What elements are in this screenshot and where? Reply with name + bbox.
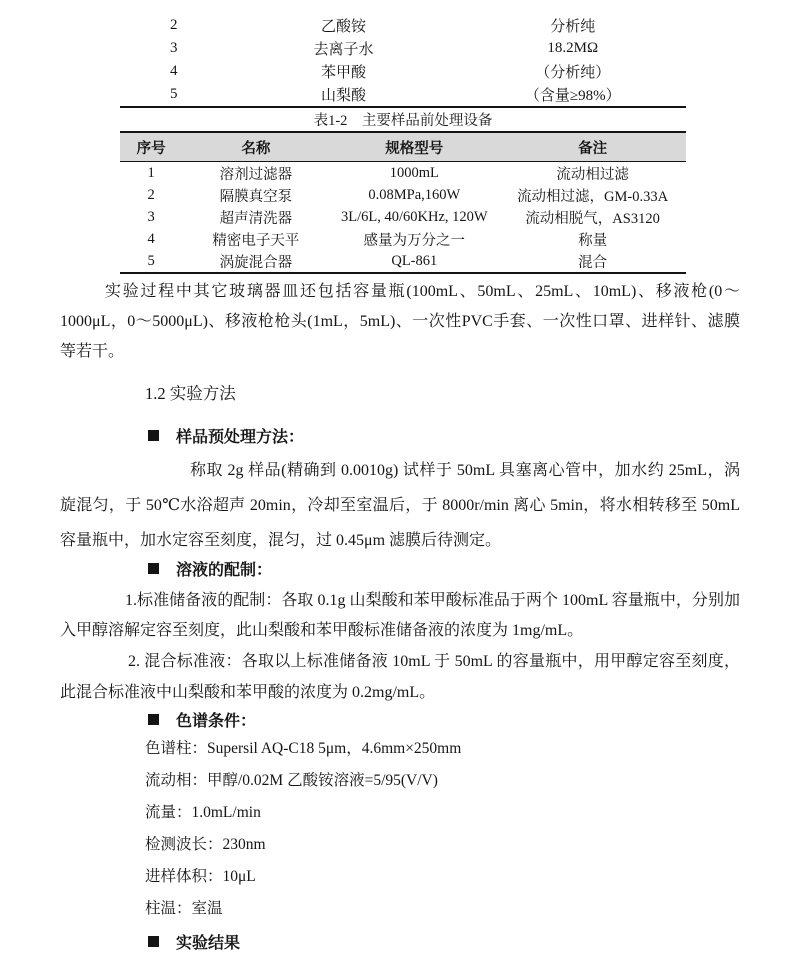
paragraph-standard-mix: 2. 混合标准液：各取以上标准储备液 10mL 于 50mL 的容量瓶中，用甲醇…	[60, 646, 740, 708]
table-cell: 山梨酸	[228, 84, 460, 105]
table-cell: 5	[120, 253, 182, 270]
table-cell: 流动相过滤，GM-0.33A	[499, 185, 686, 206]
condition-column-temp: 柱温：室温	[145, 899, 740, 919]
section-heading-method: 1.2 实验方法	[145, 384, 740, 404]
table-cell: 乙酸铵	[228, 15, 460, 36]
table-row: 5 山梨酸 （含量≥98%）	[120, 83, 686, 106]
condition-injection-volume: 进样体积：10μL	[145, 867, 740, 887]
table-cell: 超声清洗器	[182, 207, 329, 228]
table-cell: 流动相脱气，AS3120	[499, 207, 686, 228]
document-body: 实验过程中其它玻璃器皿还包括容量瓶(100mL、50mL、25mL、10mL)、…	[60, 277, 740, 951]
table-cell: 溶剂过滤器	[182, 163, 329, 184]
bullet-square-icon	[148, 563, 159, 574]
condition-flow-rate: 流量：1.0mL/min	[145, 803, 740, 823]
table-cell: 18.2MΩ	[460, 40, 686, 57]
table-cell: 隔膜真空泵	[182, 185, 329, 206]
bullet-square-icon	[148, 714, 159, 725]
table-cell: 感量为万分之一	[329, 229, 499, 250]
table-cell: 1	[120, 165, 182, 182]
table-cell: 称量	[499, 229, 686, 250]
table-cell: QL-861	[329, 253, 499, 270]
table-cell: 3	[120, 209, 182, 226]
column-header: 备注	[499, 137, 686, 158]
column-header: 规格型号	[329, 137, 499, 158]
bullet-label: 色谱条件：	[176, 708, 256, 731]
table-cell: 4	[120, 63, 228, 80]
table-cell: 精密电子天平	[182, 229, 329, 250]
table-caption: 表1-2 主要样品前处理设备	[120, 109, 686, 130]
table-row: 2 隔膜真空泵 0.08MPa,160W 流动相过滤，GM-0.33A	[120, 184, 686, 206]
table-cell: 分析纯	[460, 15, 686, 36]
table-header-row: 序号 名称 规格型号 备注	[120, 133, 686, 162]
table-cell: 1000mL	[329, 165, 499, 182]
table-row: 4 精密电子天平 感量为万分之一 称量	[120, 228, 686, 250]
table-cell: 3	[120, 40, 228, 57]
condition-column: 色谱柱：Supersil AQ-C18 5μm，4.6mm×250mm	[145, 739, 740, 759]
bullet-item-hplc-conditions: 色谱条件：	[148, 709, 740, 729]
table-cell: 5	[120, 86, 228, 103]
paragraph-glassware: 实验过程中其它玻璃器皿还包括容量瓶(100mL、50mL、25mL、10mL)、…	[60, 277, 740, 367]
paragraph-standard-stock: 1.标准储备液的配制：各取 0.1g 山梨酸和苯甲酸标准品于两个 100mL 容…	[60, 586, 740, 646]
table-row: 5 涡旋混合器 QL-861 混合	[120, 250, 686, 272]
paragraph-sample-prep: 称取 2g 样品(精确到 0.0010g) 试样于 50mL 具塞离心管中，加水…	[60, 453, 740, 558]
bullet-item-solution-prep: 溶液的配制：	[148, 558, 740, 578]
table-cell: 4	[120, 231, 182, 248]
table-cell: 3L/6L, 40/60KHz, 120W	[329, 209, 499, 226]
table-row: 3 超声清洗器 3L/6L, 40/60KHz, 120W 流动相脱气，AS31…	[120, 206, 686, 228]
table-cell: （分析纯）	[460, 61, 686, 82]
table-cell: 苯甲酸	[228, 61, 460, 82]
column-header: 名称	[182, 137, 329, 158]
table-cell: （含量≥98%）	[460, 84, 686, 105]
bullet-item-results: 实验结果	[148, 931, 740, 951]
table-cell: 混合	[499, 251, 686, 272]
table-row: 2 乙酸铵 分析纯	[120, 14, 686, 37]
condition-wavelength: 检测波长：230nm	[145, 835, 740, 855]
bullet-square-icon	[148, 936, 159, 947]
table-row: 4 苯甲酸 （分析纯）	[120, 60, 686, 83]
bullet-label: 实验结果	[176, 930, 240, 953]
bullet-label: 样品预处理方法：	[176, 424, 304, 447]
bullet-label: 溶液的配制：	[176, 557, 272, 580]
bullet-item-sample-prep: 样品预处理方法：	[148, 425, 740, 445]
table-row: 1 溶剂过滤器 1000mL 流动相过滤	[120, 162, 686, 184]
table-cell: 流动相过滤	[499, 163, 686, 184]
table-cell: 0.08MPa,160W	[329, 187, 499, 204]
column-header: 序号	[120, 137, 182, 158]
bullet-square-icon	[148, 430, 159, 441]
table-row: 3 去离子水 18.2MΩ	[120, 37, 686, 60]
table-cell: 去离子水	[228, 38, 460, 59]
equipment-table: 序号 名称 规格型号 备注 1 溶剂过滤器 1000mL 流动相过滤 2 隔膜真…	[120, 131, 686, 274]
table-cell: 涡旋混合器	[182, 251, 329, 272]
reagents-table-partial: 2 乙酸铵 分析纯 3 去离子水 18.2MΩ 4 苯甲酸 （分析纯） 5 山梨…	[120, 14, 686, 108]
condition-mobile-phase: 流动相：甲醇/0.02M 乙酸铵溶液=5/95(V/V)	[145, 771, 740, 791]
table-cell: 2	[120, 187, 182, 204]
table-cell: 2	[120, 17, 228, 34]
